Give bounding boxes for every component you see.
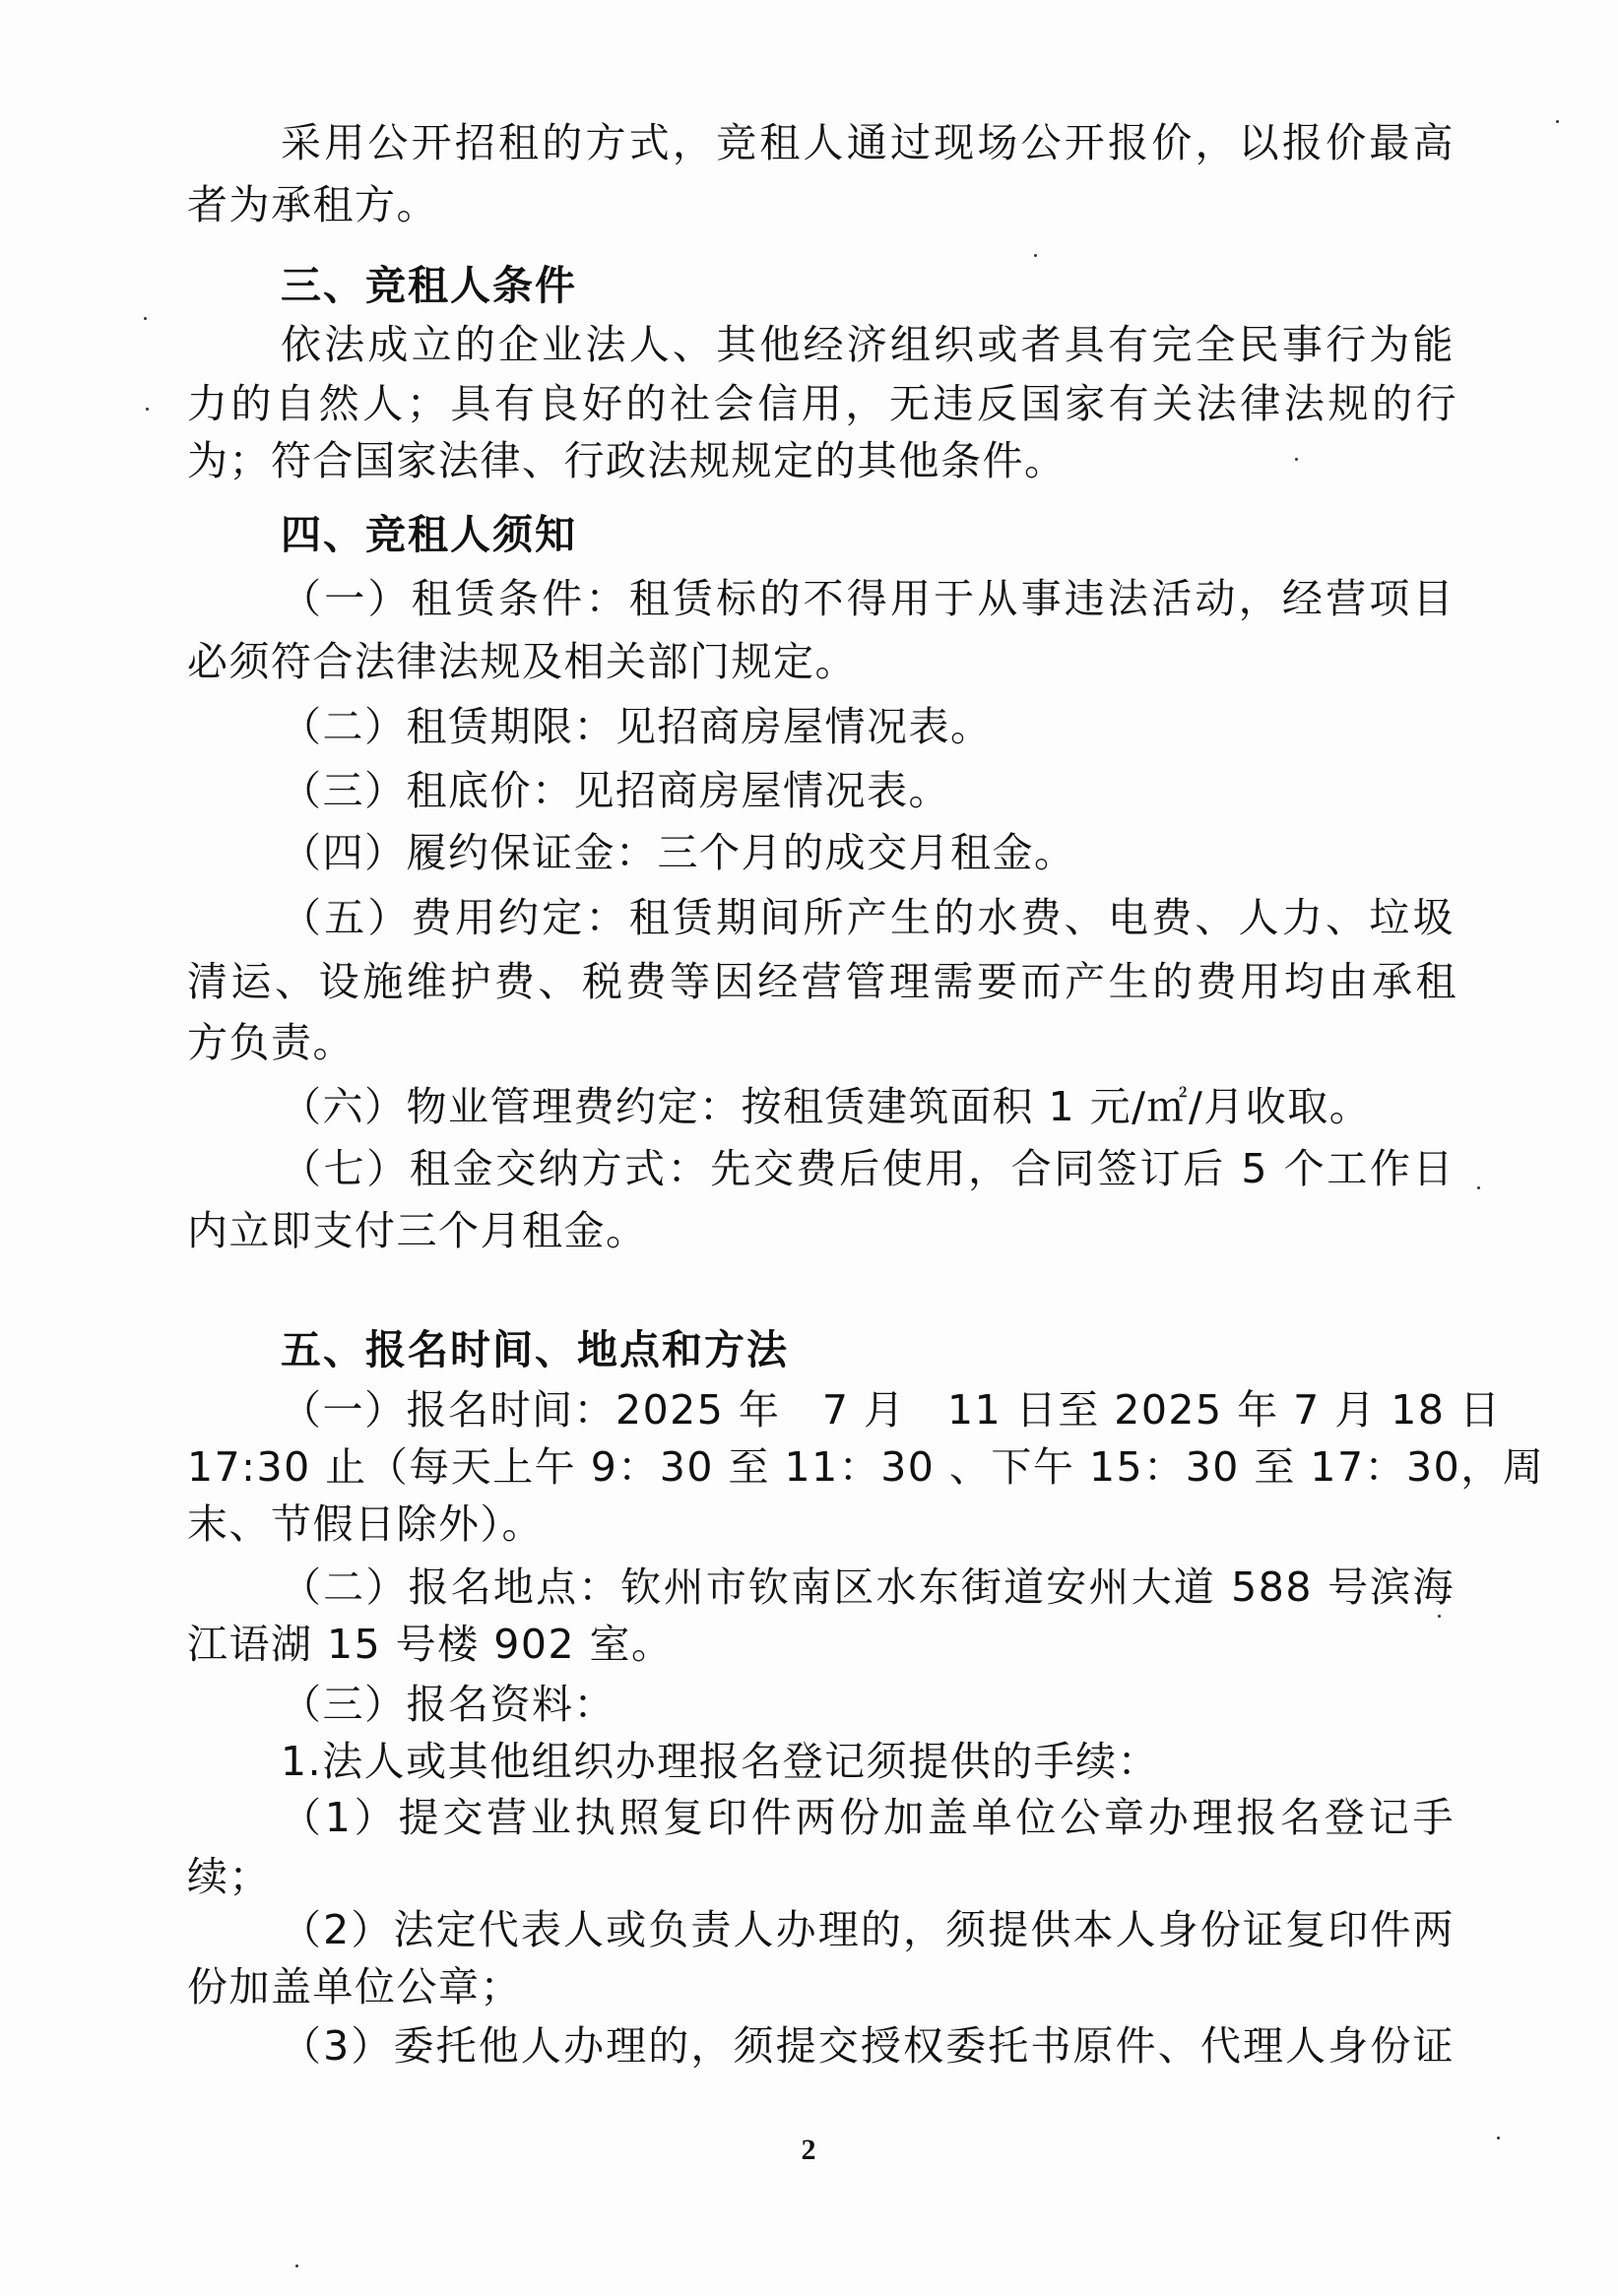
scan-speck (146, 408, 149, 411)
paragraph-line: （二）报名地点：钦州市钦南区水东街道安州大道 588 号滨海 (281, 1563, 1455, 1611)
paragraph-line: 1.法人或其他组织办理报名登记须提供的手续： (281, 1738, 1561, 1785)
scan-speck (1034, 254, 1037, 257)
paragraph-line: 17:30 止（每天上午 9：30 至 11：30 、下午 15：30 至 17… (187, 1443, 1457, 1491)
paragraph-line: （二）租赁期限：见招商房屋情况表。 (281, 703, 1561, 750)
paragraph-line: （五）费用约定：租赁期间所产生的水费、电费、人力、垃圾 (281, 894, 1455, 941)
scan-speck (1556, 120, 1559, 123)
scan-speck (144, 317, 147, 320)
paragraph-line: （三）租底价：见招商房屋情况表。 (281, 767, 1561, 814)
paragraph-line: 力的自然人；具有良好的社会信用，无违反国家有关法律法规的行 (187, 380, 1457, 427)
paragraph-line: 续； (187, 1853, 1467, 1900)
paragraph-line: 内立即支付三个月租金。 (187, 1207, 1467, 1254)
scan-speck (1438, 1615, 1441, 1618)
paragraph-line: （1）提交营业执照复印件两份加盖单位公章办理报名登记手 (281, 1794, 1455, 1841)
paragraph-line: （六）物业管理费约定：按租赁建筑面积 1 元/㎡/月收取。 (281, 1083, 1561, 1130)
scan-speck (1295, 458, 1298, 461)
section-heading-4: 四、竞租人须知 (281, 511, 1561, 558)
scan-speck (1497, 2137, 1500, 2139)
paragraph-line: 者为承租方。 (187, 181, 1467, 228)
section-heading-5: 五、报名时间、地点和方法 (281, 1326, 1561, 1373)
document-page: 采用公开招租的方式，竞租人通过现场公开报价，以报价最高 者为承租方。 三、竞租人… (0, 0, 1618, 2296)
scan-speck (295, 2264, 298, 2267)
paragraph-line: 方负责。 (187, 1019, 1467, 1066)
scan-speck (1477, 1186, 1480, 1189)
paragraph-line: （2）法定代表人或负责人办理的，须提供本人身份证复印件两 (281, 1906, 1455, 1953)
paragraph-line: 江语湖 15 号楼 902 室。 (187, 1621, 1467, 1668)
page-number: 2 (794, 2131, 823, 2170)
paragraph-line: 清运、设施维护费、税费等因经营管理需要而产生的费用均由承租 (187, 958, 1457, 1005)
section-heading-3: 三、竞租人条件 (281, 262, 1561, 309)
paragraph-line: 为；符合国家法律、行政法规规定的其他条件。 (187, 437, 1467, 484)
paragraph-line: （三）报名资料： (281, 1681, 1561, 1728)
paragraph-line: 依法成立的企业法人、其他经济组织或者具有完全民事行为能 (281, 321, 1455, 368)
paragraph-line: （四）履约保证金：三个月的成交月租金。 (281, 829, 1561, 876)
paragraph-line: 份加盖单位公章； (187, 1963, 1467, 2010)
paragraph-line: （一）报名时间：2025 年 7 月 11 日至 2025 年 7 月 18 日 (281, 1386, 1455, 1434)
paragraph-line: 必须符合法律法规及相关部门规定。 (187, 638, 1467, 685)
paragraph-line: （七）租金交纳方式：先交费后使用，合同签订后 5 个工作日 (281, 1145, 1455, 1192)
paragraph-line: （3）委托他人办理的，须提交授权委托书原件、代理人身份证 (281, 2022, 1455, 2070)
paragraph-line: （一）租赁条件：租赁标的不得用于从事违法活动，经营项目 (281, 575, 1455, 622)
paragraph-line: 采用公开招租的方式，竞租人通过现场公开报价，以报价最高 (281, 119, 1455, 166)
paragraph-line: 末、节假日除外）。 (187, 1500, 1467, 1548)
